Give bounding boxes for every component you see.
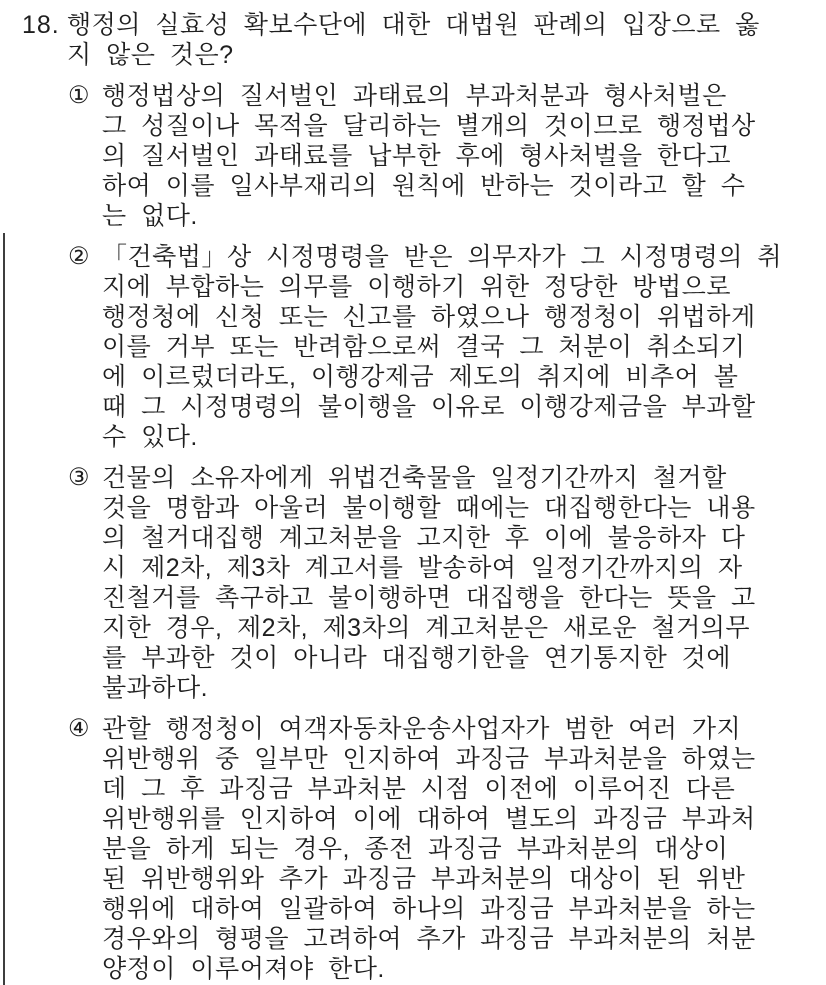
text-line: 관할 행정청이 여객자동차운송사업자가 범한 여러 가지 <box>102 714 826 744</box>
column-divider-line <box>3 233 5 985</box>
text-line: 는 없다. <box>102 201 826 231</box>
option-1-text: 행정법상의 질서벌인 과태료의 부과처분과 형사처벌은그 성질이나 목적을 달리… <box>102 81 826 231</box>
option-3: ③ 건물의 소유자에게 위법건축물을 일정기간까지 철거할것을 명함과 아울러 … <box>68 463 826 703</box>
text-line: 시 제2차, 제3차 계고서를 발송하여 일정기간까지의 자 <box>102 553 826 583</box>
text-line: 행정청에 신청 또는 신고를 하였으나 행정청이 위법하게 <box>102 302 826 332</box>
exam-page: 18. 행정의 실효성 확보수단에 대한 대법원 판례의 입장으로 옳지 않은 … <box>0 0 826 985</box>
option-4: ④ 관할 행정청이 여객자동차운송사업자가 범한 여러 가지위반행위 중 일부만… <box>68 714 826 984</box>
option-2: ② 「건축법」상 시정명령을 받은 의무자가 그 시정명령의 취지에 부합하는 … <box>68 242 826 452</box>
text-line: 지한 경우, 제2차, 제3차의 계고처분은 새로운 철거의무 <box>102 613 826 643</box>
text-line: 를 부과한 것이 아니라 대집행기한을 연기통지한 것에 <box>102 643 826 673</box>
text-line: 의 철거대집행 계고처분을 고지한 후 이에 불응하자 다 <box>102 523 826 553</box>
text-line: 분을 하게 되는 경우, 종전 과징금 부과처분의 대상이 <box>102 834 826 864</box>
text-line: 된 위반행위와 추가 과징금 부과처분의 대상이 된 위반 <box>102 864 826 894</box>
text-line: 위반행위 중 일부만 인지하여 과징금 부과처분을 하였는 <box>102 744 826 774</box>
text-line: 행위에 대하여 일괄하여 하나의 과징금 부과처분을 하는 <box>102 894 826 924</box>
text-line: 양정이 이루어져야 한다. <box>102 954 826 984</box>
option-4-marker: ④ <box>68 714 102 744</box>
text-line: 것을 명함과 아울러 불이행할 때에는 대집행한다는 내용 <box>102 493 826 523</box>
question-text: 행정의 실효성 확보수단에 대한 대법원 판례의 입장으로 옳지 않은 것은? <box>67 10 826 70</box>
text-line: 건물의 소유자에게 위법건축물을 일정기간까지 철거할 <box>102 463 826 493</box>
text-line: 「건축법」상 시정명령을 받은 의무자가 그 시정명령의 취 <box>102 242 826 272</box>
text-line: 때 그 시정명령의 불이행을 이유로 이행강제금을 부과할 <box>102 392 826 422</box>
question-number: 18. <box>22 10 67 40</box>
option-2-text: 「건축법」상 시정명령을 받은 의무자가 그 시정명령의 취지에 부합하는 의무… <box>102 242 826 452</box>
option-3-marker: ③ <box>68 463 102 493</box>
text-line: 위반행위를 인지하여 이에 대하여 별도의 과징금 부과처 <box>102 804 826 834</box>
text-line: 불과하다. <box>102 673 826 703</box>
text-line: 경우와의 형평을 고려하여 추가 과징금 부과처분의 처분 <box>102 924 826 954</box>
text-line: 이를 거부 또는 반려함으로써 결국 그 처분이 취소되기 <box>102 332 826 362</box>
option-3-text: 건물의 소유자에게 위법건축물을 일정기간까지 철거할것을 명함과 아울러 불이… <box>102 463 826 703</box>
question-block: 18. 행정의 실효성 확보수단에 대한 대법원 판례의 입장으로 옳지 않은 … <box>22 0 826 70</box>
text-line: 하여 이를 일사부재리의 원칙에 반하는 것이라고 할 수 <box>102 171 826 201</box>
option-1-marker: ① <box>68 81 102 111</box>
text-line: 그 성질이나 목적을 달리하는 별개의 것이므로 행정법상 <box>102 111 826 141</box>
text-line: 지 않은 것은? <box>67 40 826 70</box>
text-line: 진철거를 촉구하고 불이행하면 대집행을 한다는 뜻을 고 <box>102 583 826 613</box>
text-line: 에 이르렀더라도, 이행강제금 제도의 취지에 비추어 볼 <box>102 362 826 392</box>
text-line: 행정법상의 질서벌인 과태료의 부과처분과 형사처벌은 <box>102 81 826 111</box>
text-line: 행정의 실효성 확보수단에 대한 대법원 판례의 입장으로 옳 <box>67 10 826 40</box>
option-1: ① 행정법상의 질서벌인 과태료의 부과처분과 형사처벌은그 성질이나 목적을 … <box>68 81 826 231</box>
text-line: 지에 부합하는 의무를 이행하기 위한 정당한 방법으로 <box>102 272 826 302</box>
option-2-marker: ② <box>68 242 102 272</box>
text-line: 수 있다. <box>102 422 826 452</box>
text-line: 데 그 후 과징금 부과처분 시점 이전에 이루어진 다른 <box>102 774 826 804</box>
option-4-text: 관할 행정청이 여객자동차운송사업자가 범한 여러 가지위반행위 중 일부만 인… <box>102 714 826 984</box>
text-line: 의 질서벌인 과태료를 납부한 후에 형사처벌을 한다고 <box>102 141 826 171</box>
